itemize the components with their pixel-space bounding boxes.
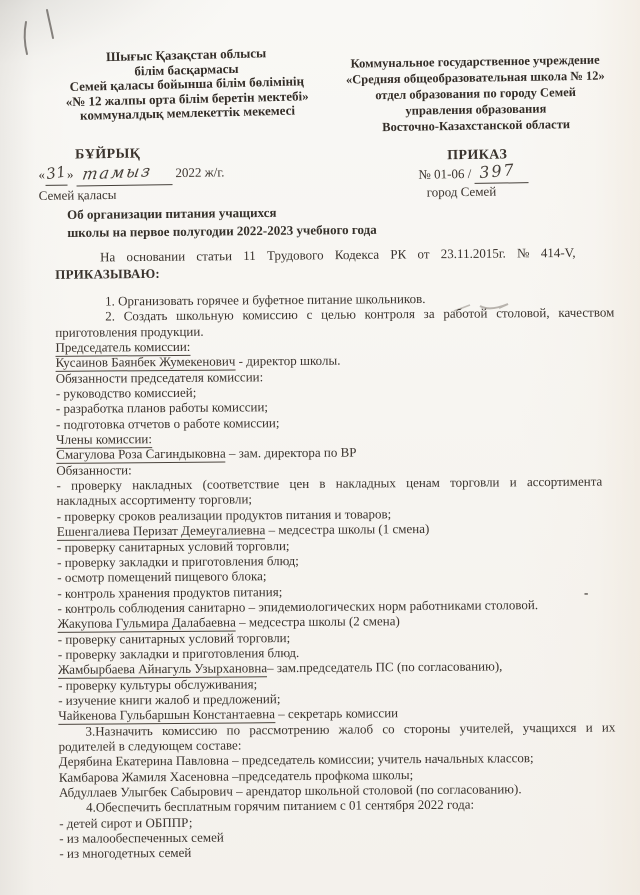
order-body: 1. Организовать горячее и буфетное питан… (40, 289, 619, 861)
text-run: – секретарь комиссии (275, 705, 398, 721)
text-run: – медсестра школы (1 смена) (265, 521, 429, 537)
text-run: – зам. директора по ВР (226, 445, 357, 461)
text-run: - разработка планов работы комиссии; (56, 400, 268, 417)
text-run: - руководство комиссией; (56, 385, 197, 401)
text-run: - осмотр помещений пищевого блока; (57, 568, 266, 585)
text-run: – зам.председатель ПС (по согласованию), (267, 659, 502, 676)
text-run: - проверку санитарных условий торговли; (57, 538, 290, 555)
order-header-left: БҰЙРЫҚ «31» тамыз2022 ж/г. Семей қаласы (38, 144, 225, 205)
text-run: – медсестра школы (2 смена) (236, 613, 400, 629)
order-header: БҰЙРЫҚ «31» тамыз2022 ж/г. Семей қаласы … (38, 139, 614, 209)
text-run: - из малообеспеченных семей (59, 830, 224, 846)
date-year: 2022 ж/г. (175, 164, 224, 180)
date-quote-close: » (67, 167, 74, 182)
text-run: 4.Обеспечить бесплатным горячим питанием… (86, 797, 474, 815)
text-run: приготовления продукции. (55, 323, 203, 339)
text-run: - из многодетных семей (59, 845, 191, 861)
handwritten-order-number: 397 (479, 162, 517, 182)
preamble: На основании статьи 11 Трудового Кодекса… (40, 244, 615, 283)
order-city-russian: город Семей (419, 183, 529, 201)
text-run: - проверку культуры обслуживания; (58, 676, 257, 693)
handwritten-month: тамыз (81, 162, 154, 184)
underlined-name: Смагулова Роза Сагиндыковна (56, 446, 226, 464)
text-run: - контроль хранения продуктов питания; (57, 584, 282, 601)
order-number-prefix: № 01-06 / (418, 165, 471, 181)
text-run: - директор школы. (235, 353, 340, 369)
text-run: накладных ассортименту торговли; (57, 492, 253, 509)
letterhead-russian: Коммунальное государственное учреждение«… (324, 51, 627, 136)
text-run: Обязанности: (56, 462, 131, 478)
handwritten-day: 31 (45, 162, 67, 183)
order-header-right: ПРИКАЗ № 01-06 / 397 город Семей (418, 147, 528, 201)
text-run: - изучение книги жалоб и предложений; (58, 691, 280, 708)
order-date-line: «31» тамыз2022 ж/г. (38, 162, 224, 187)
stray-dash-mark: - (584, 585, 588, 601)
letterhead-kazakh: Шығыс Қазақстан облысыбілім басқармасыСе… (30, 44, 344, 125)
order-number-line: № 01-06 / 397 (418, 164, 528, 185)
text-run: родителей в следующем составе: (58, 737, 241, 753)
text-run: - подготовка отчетов о работе комиссии; (56, 415, 280, 432)
order-subject: Об организации питания учащихсяшколы на … (67, 201, 587, 241)
text-run: Обязанности председателя комиссии: (56, 369, 264, 386)
text-run: - проверку санитарных условий торговли; (58, 630, 291, 647)
text-run: - проверку закладки и приготовления блюд… (57, 553, 299, 570)
text-run: - проверку закладки и приготовления блюд… (58, 645, 300, 662)
text-run: - детей сирот и ОБППР; (59, 815, 192, 831)
order-city-kazakh: Семей қаласы (39, 184, 225, 205)
